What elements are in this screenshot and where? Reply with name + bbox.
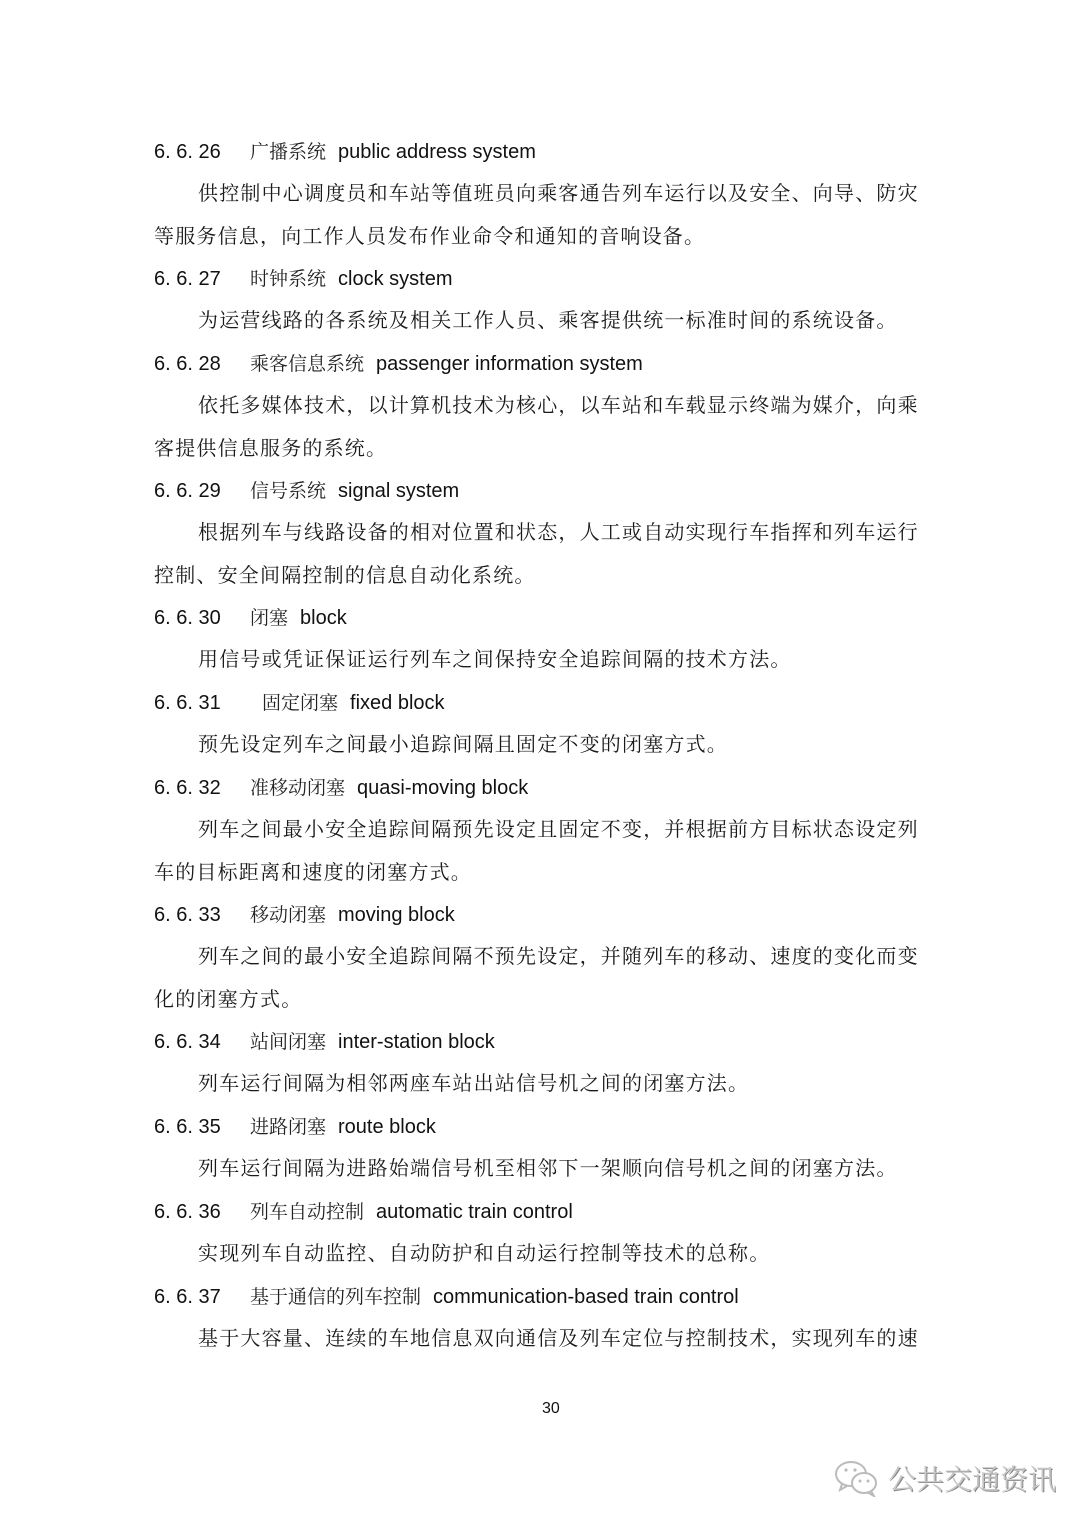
- entry-term-zh: 站间闭塞: [250, 1031, 326, 1053]
- entry-definition-line: 列车之间的最小安全追踪间隔不预先设定，并随列车的移动、速度的变化而变: [198, 944, 919, 968]
- entry-term-zh: 基于通信的列车控制: [250, 1286, 421, 1308]
- entry-definition-line: 用信号或凭证保证运行列车之间保持安全追踪间隔的技术方法。: [198, 647, 792, 671]
- entry-number: 6. 6. 35: [154, 1115, 250, 1139]
- entry-number: 6. 6. 28: [154, 352, 250, 376]
- entry-term-en: quasi-moving block: [357, 777, 528, 799]
- entry-definition-line: 列车运行间隔为进路始端信号机至相邻下一架顺向信号机之间的闭塞方法。: [198, 1156, 898, 1180]
- entry-term-zh: 闭塞: [250, 607, 288, 629]
- entry-definition-line: 为运营线路的各系统及相关工作人员、乘客提供统一标准时间的系统设备。: [198, 308, 898, 332]
- entry-definition-line: 供控制中心调度员和车站等值班员向乘客通告列车运行以及安全、向导、防灾: [198, 181, 919, 205]
- entry-number: 6. 6. 37: [154, 1285, 250, 1309]
- entry-heading-6-6-28: 6. 6. 28乘客信息系统passenger information syst…: [154, 351, 643, 376]
- entry-definition-line: 实现列车自动监控、自动防护和自动运行控制等技术的总称。: [198, 1241, 770, 1265]
- entry-term-en: clock system: [338, 268, 452, 290]
- entry-heading-6-6-26: 6. 6. 26广播系统public address system: [154, 139, 536, 164]
- entry-heading-6-6-29: 6. 6. 29信号系统signal system: [154, 478, 459, 503]
- entry-number: 6. 6. 30: [154, 606, 250, 630]
- entry-number: 6. 6. 31: [154, 691, 262, 715]
- entry-number: 6. 6. 36: [154, 1200, 250, 1224]
- entry-number: 6. 6. 29: [154, 479, 250, 503]
- entry-definition-line: 控制、安全间隔控制的信息自动化系统。: [154, 563, 536, 587]
- entry-heading-6-6-37: 6. 6. 37基于通信的列车控制communication-based tra…: [154, 1284, 739, 1309]
- entry-heading-6-6-30: 6. 6. 30闭塞block: [154, 605, 347, 630]
- entry-number: 6. 6. 32: [154, 776, 250, 800]
- entry-number: 6. 6. 34: [154, 1030, 250, 1054]
- entry-term-en: signal system: [338, 480, 459, 502]
- entry-definition-line: 预先设定列车之间最小追踪间隔且固定不变的闭塞方式。: [198, 732, 728, 756]
- entry-heading-6-6-36: 6. 6. 36列车自动控制automatic train control: [154, 1199, 573, 1224]
- entry-term-en: block: [300, 607, 347, 629]
- watermark: 公共交通资讯: [834, 1458, 1056, 1498]
- entry-term-en: automatic train control: [376, 1201, 573, 1223]
- entry-heading-6-6-34: 6. 6. 34站间闭塞inter-station block: [154, 1029, 495, 1054]
- entry-term-zh: 信号系统: [250, 480, 326, 502]
- entry-term-zh: 准移动闭塞: [250, 777, 345, 799]
- entry-number: 6. 6. 27: [154, 267, 250, 291]
- entry-term-zh: 列车自动控制: [250, 1201, 364, 1223]
- entry-term-zh: 广播系统: [250, 141, 326, 163]
- document-page: 6. 6. 26广播系统public address system 供控制中心调…: [0, 0, 1080, 1527]
- entry-heading-6-6-33: 6. 6. 33移动闭塞moving block: [154, 902, 455, 927]
- entry-term-en: passenger information system: [376, 353, 643, 375]
- entry-number: 6. 6. 26: [154, 140, 250, 164]
- entry-definition-line: 依托多媒体技术，以计算机技术为核心，以车站和车载显示终端为媒介，向乘: [198, 393, 919, 417]
- entry-term-en: route block: [338, 1116, 436, 1138]
- entry-definition-line: 化的闭塞方式。: [154, 987, 302, 1011]
- entry-heading-6-6-32: 6. 6. 32准移动闭塞quasi-moving block: [154, 775, 528, 800]
- entry-definition-line: 等服务信息，向工作人员发布作业命令和通知的音响设备。: [154, 224, 705, 248]
- entry-definition-line: 基于大容量、连续的车地信息双向通信及列车定位与控制技术，实现列车的速: [198, 1326, 919, 1350]
- wechat-icon: [834, 1459, 880, 1497]
- entry-term-en: moving block: [338, 904, 455, 926]
- entry-definition-line: 车的目标距离和速度的闭塞方式。: [154, 860, 472, 884]
- entry-number: 6. 6. 33: [154, 903, 250, 927]
- entry-term-en: public address system: [338, 141, 536, 163]
- entry-term-en: fixed block: [350, 692, 445, 714]
- entry-term-en: inter-station block: [338, 1031, 495, 1053]
- entry-heading-6-6-27: 6. 6. 27时钟系统clock system: [154, 266, 452, 291]
- entry-term-en: communication-based train control: [433, 1286, 739, 1308]
- entry-definition-line: 根据列车与线路设备的相对位置和状态，人工或自动实现行车指挥和列车运行: [198, 520, 919, 544]
- entry-heading-6-6-35: 6. 6. 35进路闭塞route block: [154, 1114, 436, 1139]
- entry-term-zh: 移动闭塞: [250, 904, 326, 926]
- entry-definition-line: 列车运行间隔为相邻两座车站出站信号机之间的闭塞方法。: [198, 1071, 749, 1095]
- entry-term-zh: 时钟系统: [250, 268, 326, 290]
- watermark-text: 公共交通资讯: [888, 1458, 1056, 1498]
- entry-term-zh: 进路闭塞: [250, 1116, 326, 1138]
- entry-term-zh: 固定闭塞: [262, 692, 338, 714]
- entry-definition-line: 客提供信息服务的系统。: [154, 436, 387, 460]
- entry-definition-line: 列车之间最小安全追踪间隔预先设定且固定不变，并根据前方目标状态设定列: [198, 817, 919, 841]
- entry-term-zh: 乘客信息系统: [250, 353, 364, 375]
- page-number: 30: [542, 1400, 560, 1418]
- entry-heading-6-6-31: 6. 6. 31固定闭塞fixed block: [154, 690, 445, 715]
